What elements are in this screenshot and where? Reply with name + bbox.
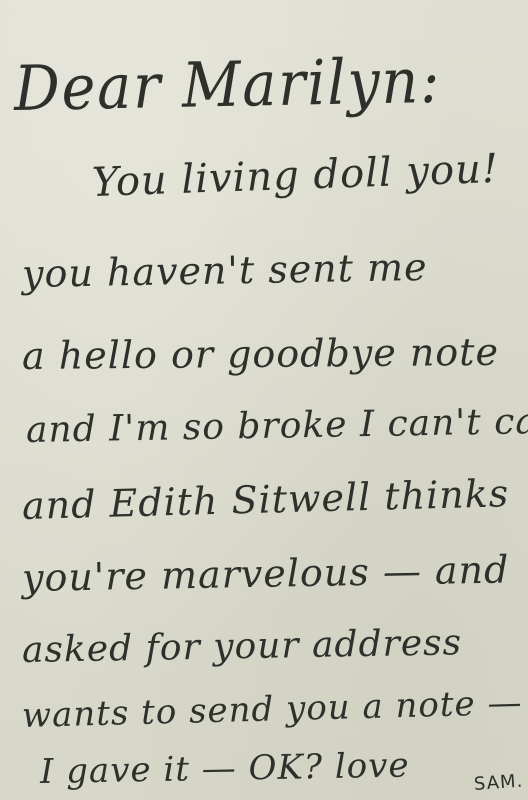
- letter-line-1: You living doll you!: [91, 146, 499, 206]
- letter-line-5: and Edith Sitwell thinks: [21, 471, 509, 528]
- letter-paper: Dear Marilyn: You living doll you! you h…: [0, 0, 528, 800]
- signature: SAM.: [473, 771, 524, 795]
- salutation: Dear Marilyn:: [13, 44, 441, 125]
- letter-line-6: you're marvelous — and: [22, 547, 510, 600]
- letter-line-7: asked for your address: [22, 622, 463, 671]
- letter-line-2: you haven't sent me: [22, 245, 428, 296]
- letter-line-3: a hello or goodbye note: [22, 330, 499, 378]
- letter-line-9: I gave it — OK? love: [40, 746, 410, 792]
- letter-line-4: and I'm so broke I can't call—: [26, 400, 528, 451]
- letter-line-8: wants to send you a note —: [21, 683, 522, 736]
